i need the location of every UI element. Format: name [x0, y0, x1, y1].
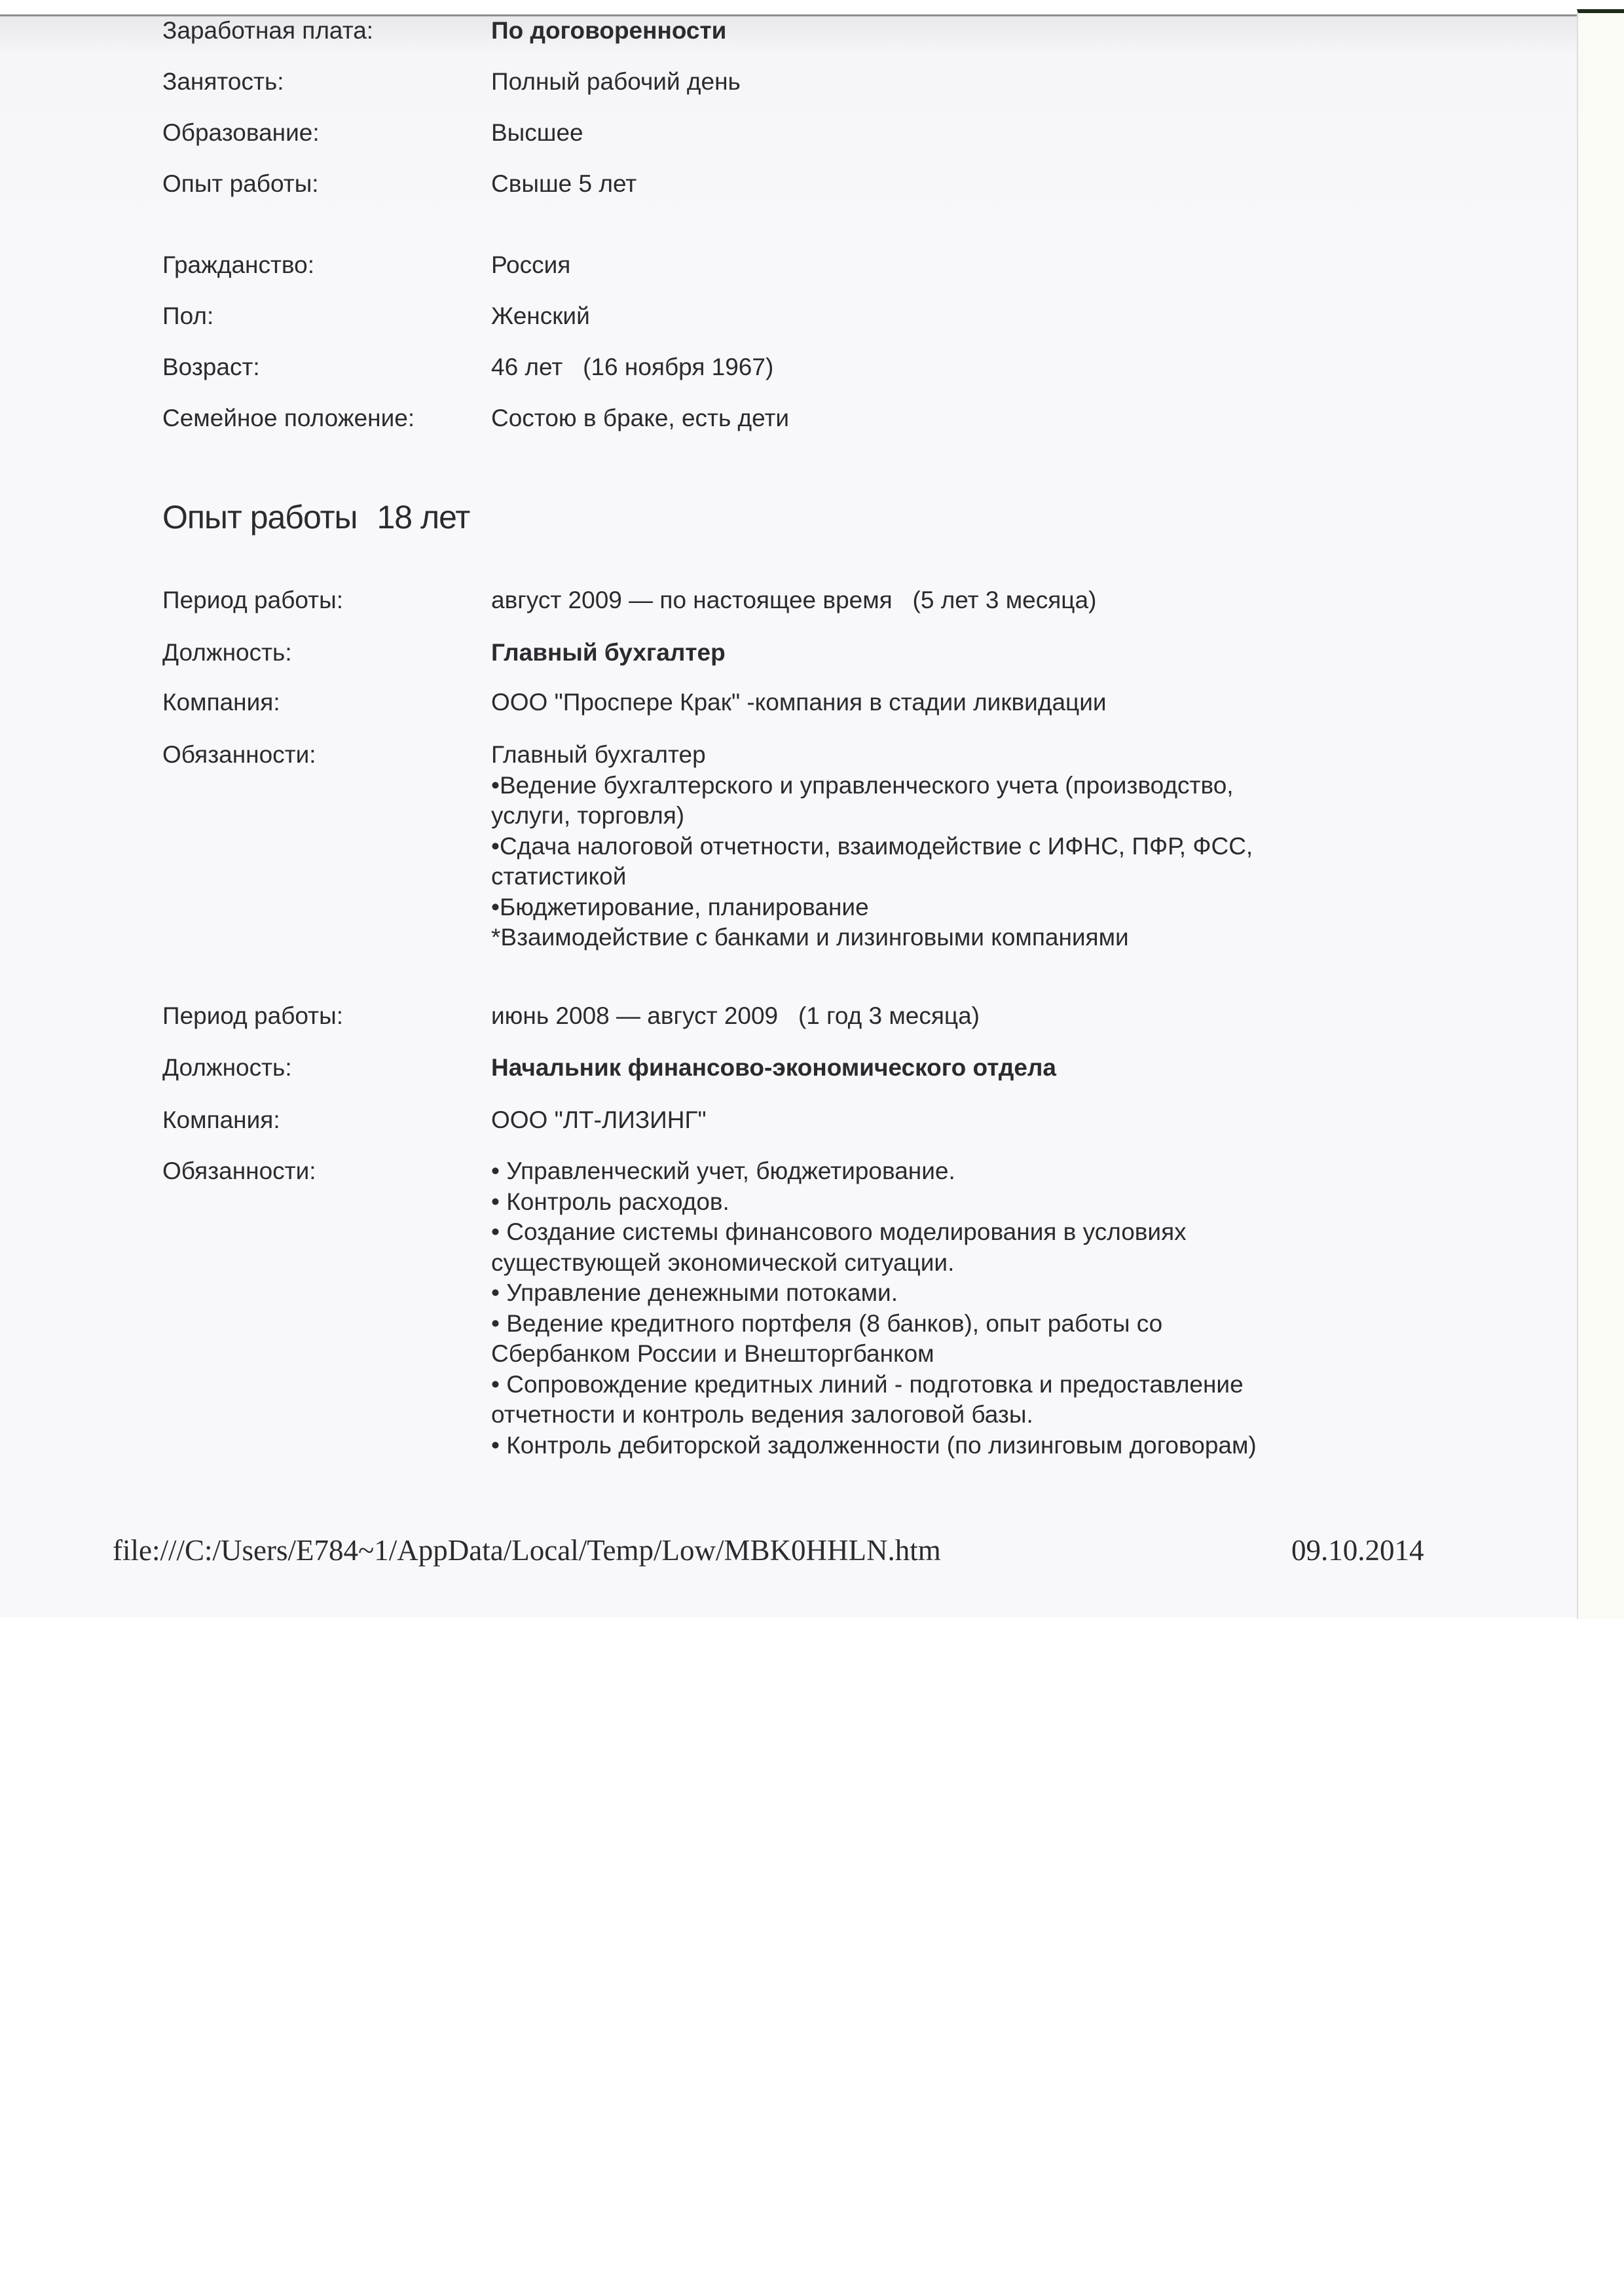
info-label: Занятость:	[162, 67, 284, 97]
info-label: Возраст:	[162, 352, 260, 382]
duty-line: •Ведение бухгалтерского и управленческог…	[491, 771, 1253, 801]
duty-line: •Сдача налоговой отчетности, взаимодейст…	[491, 831, 1253, 862]
duties-label: Обязанности:	[162, 740, 316, 770]
info-value: Россия	[491, 250, 570, 280]
info-label: Опыт работы:	[162, 169, 319, 199]
experience-heading-title: Опыт работы	[162, 499, 358, 536]
info-label: Семейное положение:	[162, 403, 415, 433]
scanner-edge	[1577, 9, 1624, 1619]
duty-line: • Управленческий учет, бюджетирование.	[491, 1156, 1257, 1187]
duty-line: услуги, торговля)	[491, 801, 1253, 831]
info-label: Пол:	[162, 301, 213, 331]
company-label: Компания:	[162, 687, 280, 718]
info-label: Образование:	[162, 118, 320, 148]
experience-total: 18 лет	[377, 499, 470, 536]
position-label: Должность:	[162, 638, 292, 668]
company-label: Компания:	[162, 1105, 280, 1135]
info-value: Состою в браке, есть дети	[491, 403, 789, 433]
period-value: август 2009 — по настоящее время (5 лет …	[491, 585, 1096, 615]
duties-label: Обязанности:	[162, 1156, 316, 1186]
duty-line: • Контроль расходов.	[491, 1187, 1257, 1218]
info-value: 46 лет (16 ноября 1967)	[491, 352, 773, 382]
duty-line: *Взаимодействие с банками и лизинговыми …	[491, 922, 1253, 953]
duty-line: статистикой	[491, 862, 1253, 892]
position-value: Главный бухгалтер	[491, 638, 726, 668]
duty-line: • Контроль дебиторской задолженности (по…	[491, 1430, 1257, 1461]
duty-line: • Создание системы финансового моделиров…	[491, 1217, 1257, 1248]
period-value: июнь 2008 — август 2009 (1 год 3 месяца)	[491, 1001, 980, 1031]
print-footer-date: 09.10.2014	[1291, 1533, 1424, 1567]
job-2-duties-list: • Управленческий учет, бюджетирование. •…	[491, 1156, 1257, 1461]
info-label: Заработная плата:	[162, 16, 373, 46]
duty-line: •Бюджетирование, планирование	[491, 892, 1253, 923]
info-value: Женский	[491, 301, 590, 331]
period-label: Период работы:	[162, 1001, 343, 1031]
period-label: Период работы:	[162, 585, 343, 615]
info-value: По договоренности	[491, 16, 726, 46]
duty-line: Сбербанком России и Внешторгбанком	[491, 1339, 1257, 1370]
company-value: ООО "Проспере Крак" -компания в стадии л…	[491, 687, 1107, 718]
company-value: ООО "ЛТ-ЛИЗИНГ"	[491, 1105, 707, 1135]
info-label: Гражданство:	[162, 250, 314, 280]
info-value: Полный рабочий день	[491, 67, 741, 97]
info-value: Свыше 5 лет	[491, 169, 637, 199]
position-label: Должность:	[162, 1053, 292, 1083]
info-value: Высшее	[491, 118, 583, 148]
position-value: Начальник финансово-экономического отдел…	[491, 1053, 1056, 1083]
job-1-duties-list: Главный бухгалтер •Ведение бухгалтерског…	[491, 740, 1253, 953]
experience-heading: Опыт работы18 лет	[162, 498, 470, 537]
duty-line: отчетности и контроль ведения залоговой …	[491, 1400, 1257, 1430]
duty-line: существующей экономической ситуации.	[491, 1248, 1257, 1279]
print-footer-url: file:///C:/Users/E784~1/AppData/Local/Te…	[113, 1533, 941, 1567]
duty-line: • Ведение кредитного портфеля (8 банков)…	[491, 1309, 1257, 1339]
duty-line: • Управление денежными потоками.	[491, 1278, 1257, 1309]
duty-line: Главный бухгалтер	[491, 740, 1253, 771]
duty-line: • Сопровождение кредитных линий - подгот…	[491, 1370, 1257, 1400]
